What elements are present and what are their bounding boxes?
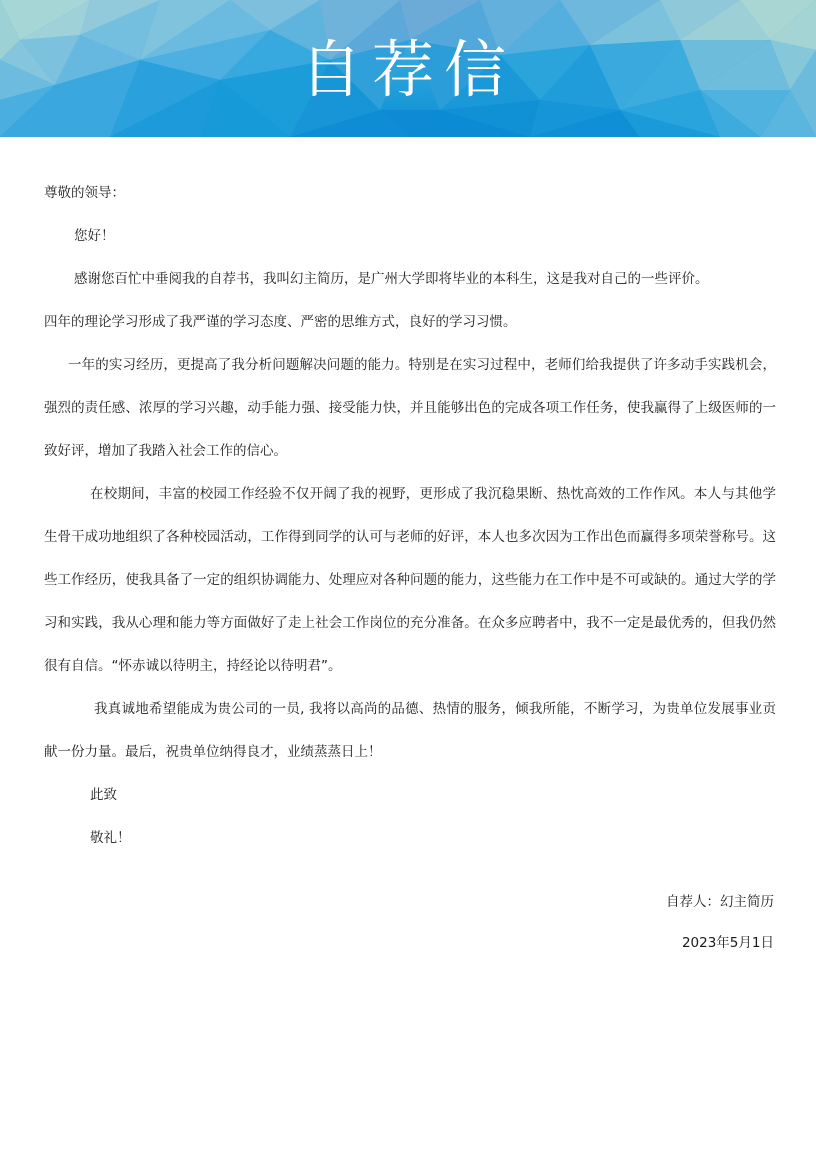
greeting: 您好！ <box>44 215 776 258</box>
paragraph-hope: 我真诚地希望能成为贵公司的一员, 我将以高尚的品德、热情的服务，倾我所能，不断学… <box>44 688 776 774</box>
paragraph-intro: 感谢您百忙中垂阅我的自荐书，我叫幻主简历，是广州大学即将毕业的本科生，这是我对自… <box>44 258 776 301</box>
closing-salute: 敬礼！ <box>44 817 776 860</box>
paragraph-campus: 在校期间，丰富的校园工作经验不仅开阔了我的视野，更形成了我沉稳果断、热忱高效的工… <box>44 473 776 688</box>
date: 2023年5月1日 <box>682 933 774 953</box>
salutation: 尊敬的领导： <box>44 172 776 215</box>
letter-body: 尊敬的领导： 您好！ 感谢您百忙中垂阅我的自荐书，我叫幻主简历，是广州大学即将毕… <box>44 172 776 860</box>
signature: 自荐人：幻主简历 <box>666 892 774 912</box>
page-title: 自荐信 <box>0 30 816 110</box>
closing-regards: 此致 <box>44 774 776 817</box>
header-banner: 自荐信 <box>0 0 816 137</box>
paragraph-study: 四年的理论学习形成了我严谨的学习态度、严密的思维方式，良好的学习习惯。 <box>44 301 776 344</box>
paragraph-internship: 一年的实习经历，更提高了我分析问题解决问题的能力。特别是在实习过程中，老师们给我… <box>44 344 776 473</box>
